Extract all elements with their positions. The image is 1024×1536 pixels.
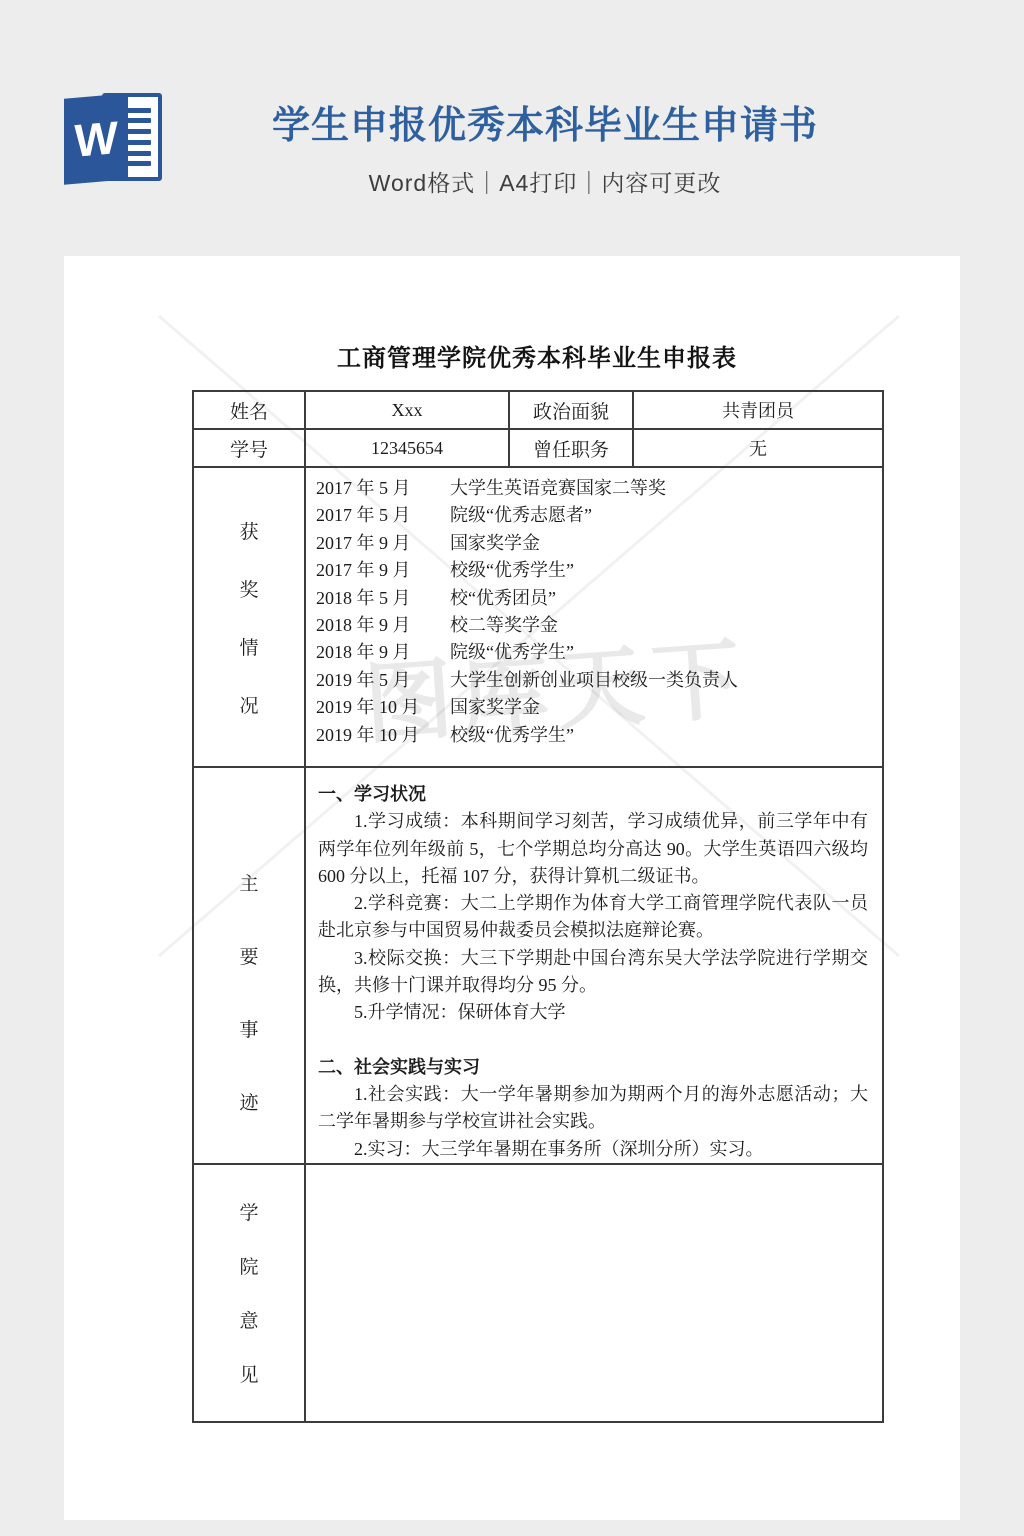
document-page: 图库天下 工商管理学院优秀本科毕业生申报表 姓名 Xxx 政治面貌 共青团员 学… bbox=[64, 256, 960, 1520]
student-id-value: 12345654 bbox=[305, 429, 509, 467]
opinion-row-label: 学 院 意 见 bbox=[193, 1164, 305, 1422]
award-item: 2017 年 9 月校级“优秀学生” bbox=[316, 557, 876, 584]
award-item: 2019 年 5 月大学生创新创业项目校级一类负责人 bbox=[316, 667, 876, 694]
award-item: 2017 年 9 月国家奖学金 bbox=[316, 530, 876, 557]
table-row: 学号 12345654 曾任职务 无 bbox=[193, 429, 883, 467]
student-id-label: 学号 bbox=[193, 429, 305, 467]
word-icon-letter: W bbox=[74, 110, 117, 168]
banner-text: 学生申报优秀本科毕业生申请书 Word格式｜A4打印｜内容可更改 bbox=[170, 94, 920, 198]
template-banner: W 学生申报优秀本科毕业生申请书 Word格式｜A4打印｜内容可更改 bbox=[0, 0, 1024, 230]
form-title: 工商管理学院优秀本科毕业生申报表 bbox=[192, 338, 882, 373]
page-title: 学生申报优秀本科毕业生申请书 bbox=[170, 94, 920, 149]
application-form-table: 姓名 Xxx 政治面貌 共青团员 学号 12345654 曾任职务 无 获 奖 … bbox=[192, 390, 884, 1423]
page-subtitle: Word格式｜A4打印｜内容可更改 bbox=[170, 165, 920, 198]
deeds-paragraph: 1.社会实践：大一学年暑期参加为期两个月的海外志愿活动；大二学年暑期参与学校宣讲… bbox=[318, 1081, 868, 1136]
deeds-paragraph: 5.升学情况：保研体育大学 bbox=[318, 999, 868, 1026]
table-row: 主 要 事 迹 一、学习状况 1.学习成绩：本科期间学习刻苦，学习成绩优异，前三… bbox=[193, 767, 883, 1164]
table-row: 学 院 意 见 bbox=[193, 1164, 883, 1422]
deeds-paragraph: 2.实习：大三学年暑期在事务所（深圳分所）实习。 bbox=[318, 1136, 868, 1163]
award-item: 2019 年 10 月国家奖学金 bbox=[316, 694, 876, 721]
name-label: 姓名 bbox=[193, 391, 305, 429]
awards-content: 2017 年 5 月大学生英语竞赛国家二等奖 2017 年 5 月院级“优秀志愿… bbox=[305, 467, 883, 767]
former-position-value: 无 bbox=[633, 429, 883, 467]
deeds-content: 一、学习状况 1.学习成绩：本科期间学习刻苦，学习成绩优异，前三学年中有两学年位… bbox=[305, 767, 883, 1164]
award-item: 2019 年 10 月校级“优秀学生” bbox=[316, 722, 876, 749]
deeds-row-label: 主 要 事 迹 bbox=[193, 767, 305, 1164]
award-item: 2018 年 5 月校“优秀团员” bbox=[316, 585, 876, 612]
award-item: 2018 年 9 月院级“优秀学生” bbox=[316, 639, 876, 666]
table-row: 获 奖 情 况 2017 年 5 月大学生英语竞赛国家二等奖 2017 年 5 … bbox=[193, 467, 883, 767]
award-item: 2017 年 5 月院级“优秀志愿者” bbox=[316, 502, 876, 529]
deeds-paragraph: 2.学科竞赛：大二上学期作为体育大学工商管理学院代表队一员赴北京参与中国贸易仲裁… bbox=[318, 890, 868, 945]
awards-row-label: 获 奖 情 况 bbox=[193, 467, 305, 767]
deeds-section-heading: 二、社会实践与实习 bbox=[318, 1054, 868, 1081]
deeds-section-heading: 一、学习状况 bbox=[318, 781, 868, 808]
opinion-content-empty bbox=[305, 1164, 883, 1422]
word-icon: W bbox=[64, 88, 164, 188]
award-item: 2018 年 9 月校二等奖学金 bbox=[316, 612, 876, 639]
word-icon-w-panel: W bbox=[64, 93, 128, 185]
political-status-value: 共青团员 bbox=[633, 391, 883, 429]
deeds-paragraph: 1.学习成绩：本科期间学习刻苦，学习成绩优异，前三学年中有两学年位列年级前 5，… bbox=[318, 808, 868, 890]
table-row: 姓名 Xxx 政治面貌 共青团员 bbox=[193, 391, 883, 429]
former-position-label: 曾任职务 bbox=[509, 429, 633, 467]
name-value: Xxx bbox=[305, 391, 509, 429]
deeds-paragraph: 3.校际交换：大三下学期赴中国台湾东吴大学法学院进行学期交换，共修十门课并取得均… bbox=[318, 945, 868, 1000]
political-status-label: 政治面貌 bbox=[509, 391, 633, 429]
award-item: 2017 年 5 月大学生英语竞赛国家二等奖 bbox=[316, 475, 876, 502]
